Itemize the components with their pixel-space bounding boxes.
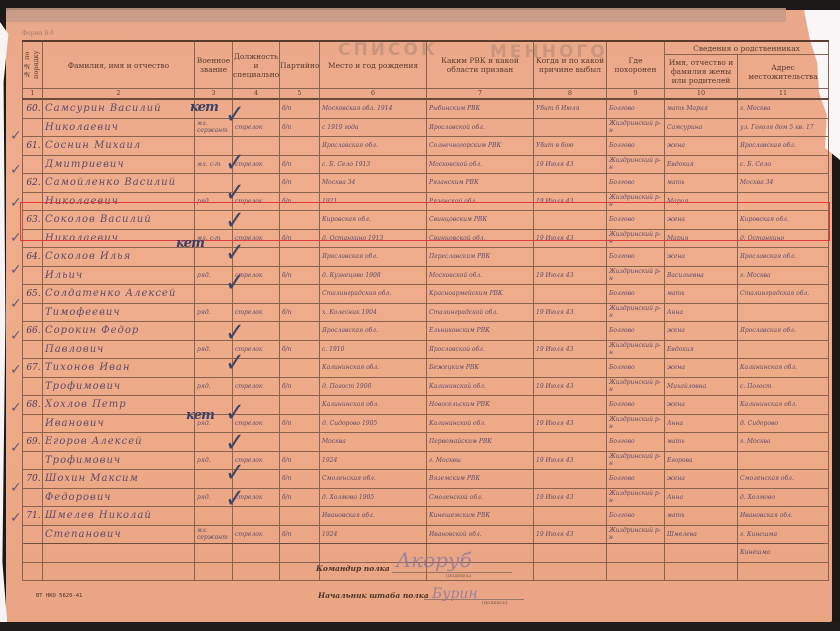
row-birth: с 1919 года bbox=[320, 118, 427, 137]
row-rvk: Красноармейским РВК bbox=[427, 285, 534, 304]
row-when: 19 Июля 43 bbox=[534, 488, 607, 507]
row-buried: Болгово bbox=[607, 137, 665, 156]
row-party: б/п bbox=[280, 303, 320, 322]
row-party: б/п bbox=[280, 451, 320, 470]
row-name: Шохин Максим bbox=[43, 470, 195, 489]
header-party: Партийность bbox=[280, 41, 320, 89]
row-relative: Анна bbox=[665, 414, 738, 433]
row-address: д. Холмово bbox=[738, 488, 829, 507]
row-buried: Жиздринский р-н bbox=[607, 303, 665, 322]
check-mark-icon: ✓ bbox=[225, 180, 245, 206]
row-rvk: Смоленской обл. bbox=[427, 488, 534, 507]
row-when bbox=[534, 562, 607, 581]
row-name: Сорокин Федор bbox=[43, 322, 195, 341]
row-rank: мл. сержант bbox=[195, 525, 233, 544]
row-number bbox=[23, 451, 43, 470]
row-relative: Михайловна bbox=[665, 377, 738, 396]
row-rvk: Ярославской обл. bbox=[427, 118, 534, 137]
row-number: 61. bbox=[23, 137, 43, 156]
row-relative: жена bbox=[665, 396, 738, 415]
margin-tick-icon: ✓ bbox=[10, 195, 22, 211]
row-name: Тимофеевич bbox=[43, 303, 195, 322]
row-when: 19 Июля 43 bbox=[534, 303, 607, 322]
row-party bbox=[280, 544, 320, 563]
table-row: Трофимовичряд.стрелокб/пд. Погост 1906Ка… bbox=[23, 377, 829, 396]
row-buried: Болгово bbox=[607, 248, 665, 267]
row-relative: жена bbox=[665, 359, 738, 378]
row-birth: Ивановская обл. bbox=[320, 507, 427, 526]
row-birth: д. Погост 1906 bbox=[320, 377, 427, 396]
row-buried: Жиздринский р-н bbox=[607, 451, 665, 470]
row-rvk: Новосельским РВК bbox=[427, 396, 534, 415]
row-relative: Самсурина bbox=[665, 118, 738, 137]
row-number bbox=[23, 544, 43, 563]
row-buried: Жиздринский р-н bbox=[607, 377, 665, 396]
margin-tick-icon: ✓ bbox=[10, 362, 22, 378]
row-buried: Болгово bbox=[607, 470, 665, 489]
row-number bbox=[23, 118, 43, 137]
ket-annotation: кет bbox=[190, 100, 218, 115]
check-mark-icon: ✓ bbox=[225, 320, 245, 346]
row-relative: мать Мария bbox=[665, 99, 738, 118]
row-when: 19 Июля 43 bbox=[534, 414, 607, 433]
row-birth: Московская обл. 1914 bbox=[320, 99, 427, 118]
row-party bbox=[280, 322, 320, 341]
row-party bbox=[280, 562, 320, 581]
row-name: Николаевич bbox=[43, 118, 195, 137]
row-buried: Болгово bbox=[607, 174, 665, 193]
row-when bbox=[534, 322, 607, 341]
check-mark-icon: ✓ bbox=[225, 350, 245, 376]
row-name: Федорович bbox=[43, 488, 195, 507]
row-relative: Евдокия bbox=[665, 340, 738, 359]
row-number bbox=[23, 155, 43, 174]
row-buried: Жиздринский р-н bbox=[607, 118, 665, 137]
row-rvk: Рязанским РВК bbox=[427, 174, 534, 193]
highlighted-record-row-63[interactable] bbox=[20, 202, 830, 241]
row-relative: жена bbox=[665, 470, 738, 489]
row-name: Тихонов Иван bbox=[43, 359, 195, 378]
margin-tick-icon: ✓ bbox=[10, 440, 22, 456]
row-birth: Ярославская обл. bbox=[320, 248, 427, 267]
check-mark-icon: ✓ bbox=[225, 240, 245, 266]
row-relative bbox=[665, 544, 738, 563]
row-birth: Калининская обл. bbox=[320, 396, 427, 415]
row-relative: Анна bbox=[665, 488, 738, 507]
row-when: 19 Июля 43 bbox=[534, 377, 607, 396]
table-bottom-rule bbox=[24, 543, 824, 544]
row-buried: Болгово bbox=[607, 285, 665, 304]
table-row: Тимофеевичряд.стрелокб/пх. Колесник 1904… bbox=[23, 303, 829, 322]
column-number-row: 1 2 3 4 5 6 7 8 9 10 11 bbox=[23, 89, 829, 100]
row-party bbox=[280, 396, 320, 415]
row-birth: д. Сидорово 1905 bbox=[320, 414, 427, 433]
row-name bbox=[43, 544, 195, 563]
row-party: б/п bbox=[280, 155, 320, 174]
row-birth: Ярославская обл. bbox=[320, 322, 427, 341]
row-name: Самойленко Василий bbox=[43, 174, 195, 193]
row-when: Убит в бою bbox=[534, 137, 607, 156]
row-buried: Болгово bbox=[607, 99, 665, 118]
margin-tick-icon: ✓ bbox=[10, 162, 22, 178]
row-rvk: Бежецким РВК bbox=[427, 359, 534, 378]
row-relative: мать bbox=[665, 285, 738, 304]
row-when bbox=[534, 248, 607, 267]
margin-tick-icon: ✓ bbox=[10, 328, 22, 344]
row-address: г. Москва bbox=[738, 99, 829, 118]
row-party bbox=[280, 359, 320, 378]
row-rvk: Калининской обл. bbox=[427, 377, 534, 396]
row-rvk: Калининской обл. bbox=[427, 414, 534, 433]
commander-caption: (подпись) bbox=[446, 573, 472, 579]
row-party: б/п bbox=[280, 266, 320, 285]
table-row: 66.Сорокин ФедорЯрославская обл.Ельников… bbox=[23, 322, 829, 341]
row-post bbox=[233, 544, 280, 563]
row-name: Солдатенко Алексей bbox=[43, 285, 195, 304]
row-name: Ильич bbox=[43, 266, 195, 285]
row-rvk: Вяземским РВК bbox=[427, 470, 534, 489]
row-birth: д. Холмово 1905 bbox=[320, 488, 427, 507]
row-relative: Васильевна bbox=[665, 266, 738, 285]
table-row: 60.Самсурин Василийб/пМосковская обл. 19… bbox=[23, 99, 829, 118]
row-when bbox=[534, 359, 607, 378]
header-birth: Место и год рождения bbox=[320, 41, 427, 89]
row-number bbox=[23, 488, 43, 507]
row-birth: д. Кузнецово 1908 bbox=[320, 266, 427, 285]
row-address: г. Москва bbox=[738, 433, 829, 452]
row-party: б/п bbox=[280, 377, 320, 396]
row-relative: Шмелева bbox=[665, 525, 738, 544]
row-address bbox=[738, 451, 829, 470]
row-name: Павлович bbox=[43, 340, 195, 359]
check-mark-icon: ✓ bbox=[225, 460, 245, 486]
row-number: 69. bbox=[23, 433, 43, 452]
table-row: Трофимовичряд.стрелокб/п1924г. Москвы19 … bbox=[23, 451, 829, 470]
check-mark-icon: ✓ bbox=[225, 430, 245, 456]
row-address: ул. Гоголя дом 5 кв. 17 bbox=[738, 118, 829, 137]
row-birth: Смоленская обл. bbox=[320, 470, 427, 489]
row-name: Иванович bbox=[43, 414, 195, 433]
header-rank: Военное звание bbox=[195, 41, 233, 89]
row-relative bbox=[665, 562, 738, 581]
row-address: Ярославская обл. bbox=[738, 137, 829, 156]
margin-tick-icon: ✓ bbox=[10, 400, 22, 416]
row-buried: Болгово bbox=[607, 396, 665, 415]
row-when bbox=[534, 507, 607, 526]
row-when bbox=[534, 544, 607, 563]
row-birth: Москва 34 bbox=[320, 174, 427, 193]
table-row: Степановичмл. сержантстрелокб/п1924Ивано… bbox=[23, 525, 829, 544]
row-relative: Евдокия bbox=[665, 155, 738, 174]
scan-edge-top bbox=[6, 8, 786, 22]
row-birth: с. 1910 bbox=[320, 340, 427, 359]
row-when: 19 Июля 43 bbox=[534, 340, 607, 359]
row-relative: жена bbox=[665, 137, 738, 156]
margin-tick-icon: ✓ bbox=[10, 296, 22, 312]
row-relative: Анна bbox=[665, 303, 738, 322]
row-name: Соснин Михаил bbox=[43, 137, 195, 156]
row-birth: Ярославская обл. bbox=[320, 137, 427, 156]
chief-caption: (подпись) bbox=[482, 600, 508, 606]
row-address: Смоленская обл. bbox=[738, 470, 829, 489]
row-when bbox=[534, 470, 607, 489]
table-row: 61.Соснин МихаилЯрославская обл.Солнечно… bbox=[23, 137, 829, 156]
commander-label: Командир полка bbox=[316, 564, 390, 573]
row-rvk: Ивановской обл. bbox=[427, 525, 534, 544]
row-party: б/п bbox=[280, 414, 320, 433]
row-address: Калининская обл. bbox=[738, 359, 829, 378]
row-rvk: Сталинградской обл. bbox=[427, 303, 534, 322]
row-when: 19 Июля 43 bbox=[534, 525, 607, 544]
form-code-bottom: ВТ НКО 5620-41 bbox=[36, 593, 82, 599]
header-relatives-group: Сведения о родственниках bbox=[665, 41, 829, 55]
row-buried: Жиздринский р-н bbox=[607, 414, 665, 433]
row-number bbox=[23, 414, 43, 433]
check-mark-icon: ✓ bbox=[225, 150, 245, 176]
row-birth: 1924 bbox=[320, 451, 427, 470]
header-address: Адрес местожительства bbox=[738, 55, 829, 89]
table-row: Ильичряд.стрелокб/пд. Кузнецово 1908Моск… bbox=[23, 266, 829, 285]
row-number: 64. bbox=[23, 248, 43, 267]
row-party bbox=[280, 433, 320, 452]
commander-signature: Акоруб bbox=[396, 548, 472, 572]
row-number: 66. bbox=[23, 322, 43, 341]
row-buried bbox=[607, 562, 665, 581]
row-birth: 1924 bbox=[320, 525, 427, 544]
table-row: 62.Самойленко Василийб/пМосква 34Рязанск… bbox=[23, 174, 829, 193]
check-mark-icon: ✓ bbox=[225, 486, 245, 512]
row-address: г. Кинешма bbox=[738, 525, 829, 544]
row-rvk: Солнечногорским РВК bbox=[427, 137, 534, 156]
row-rvk: Переславским РВК bbox=[427, 248, 534, 267]
row-name: Самсурин Василий bbox=[43, 99, 195, 118]
row-address: Кинешма bbox=[738, 544, 829, 563]
row-number: 70. bbox=[23, 470, 43, 489]
header-buried: Где похоронен bbox=[607, 41, 665, 89]
table-row: 69.Егоров АлексейМоскваПервомайским РВКБ… bbox=[23, 433, 829, 452]
row-number: 71. bbox=[23, 507, 43, 526]
table-row: Ивановичряд.стрелокб/пд. Сидорово 1905Ка… bbox=[23, 414, 829, 433]
row-buried: Жиздринский р-н bbox=[607, 525, 665, 544]
check-mark-icon: ✓ bbox=[225, 102, 245, 128]
margin-tick-icon: ✓ bbox=[10, 128, 22, 144]
row-buried: Болгово bbox=[607, 507, 665, 526]
row-rvk: Ярославской обл. bbox=[427, 340, 534, 359]
table-row: 70.Шохин Максимб/пСмоленская обл.Вяземск… bbox=[23, 470, 829, 489]
row-address: Сталинградская обл. bbox=[738, 285, 829, 304]
table-row: 71.Шмелев НиколайИвановская обл.Кинешемс… bbox=[23, 507, 829, 526]
row-address bbox=[738, 340, 829, 359]
margin-tick-icon: ✓ bbox=[10, 480, 22, 496]
chief-signature: Бурин bbox=[432, 586, 478, 602]
row-when bbox=[534, 174, 607, 193]
row-party bbox=[280, 285, 320, 304]
row-buried bbox=[607, 544, 665, 563]
row-name: Трофимович bbox=[43, 451, 195, 470]
check-mark-icon: ✓ bbox=[225, 208, 245, 234]
row-relative: мать bbox=[665, 507, 738, 526]
row-party: б/п bbox=[280, 488, 320, 507]
row-party bbox=[280, 507, 320, 526]
ket-annotation: кет bbox=[186, 408, 214, 423]
table-row: Дмитриевичмл. с-тстрелокб/пс. Б. Село 19… bbox=[23, 155, 829, 174]
row-name: Трофимович bbox=[43, 377, 195, 396]
row-number: 60. bbox=[23, 99, 43, 118]
row-number: 62. bbox=[23, 174, 43, 193]
row-relative: жена bbox=[665, 248, 738, 267]
table-row: Федоровичряд.стрелокб/пд. Холмово 1905См… bbox=[23, 488, 829, 507]
row-buried: Жиздринский р-н bbox=[607, 340, 665, 359]
row-birth: Калининская обл. bbox=[320, 359, 427, 378]
row-number: 67. bbox=[23, 359, 43, 378]
row-relative: мать bbox=[665, 433, 738, 452]
header-rvk: Каким РВК и какой области призван bbox=[427, 41, 534, 89]
header-num: №№ по порядку bbox=[23, 41, 43, 89]
row-rank: ряд. bbox=[195, 377, 233, 396]
row-rank bbox=[195, 544, 233, 563]
row-party: б/п bbox=[280, 174, 320, 193]
row-party bbox=[280, 137, 320, 156]
row-buried: Жиздринский р-н bbox=[607, 488, 665, 507]
row-relative: жена bbox=[665, 322, 738, 341]
header-post: Должность и специальность bbox=[233, 41, 280, 89]
header-when: Когда и по какой причине выбыл bbox=[534, 41, 607, 89]
row-when bbox=[534, 285, 607, 304]
row-birth: Сталинградская обл. bbox=[320, 285, 427, 304]
row-number bbox=[23, 303, 43, 322]
check-mark-icon: ✓ bbox=[225, 270, 245, 296]
row-buried: Болгово bbox=[607, 322, 665, 341]
row-when: 19 Июля 43 bbox=[534, 451, 607, 470]
row-birth: х. Колесник 1904 bbox=[320, 303, 427, 322]
row-relative: Егорова bbox=[665, 451, 738, 470]
row-rank bbox=[195, 562, 233, 581]
row-name: Степанович bbox=[43, 525, 195, 544]
row-party: б/п bbox=[280, 470, 320, 489]
row-rvk: Московской обл. bbox=[427, 266, 534, 285]
row-number bbox=[23, 340, 43, 359]
row-post bbox=[233, 562, 280, 581]
row-address: Ивановская обл. bbox=[738, 507, 829, 526]
header-relative: Имя, отчество и фамилия жены или родител… bbox=[665, 55, 738, 89]
row-name bbox=[43, 562, 195, 581]
row-number: 65. bbox=[23, 285, 43, 304]
table-row: Павловичряд.стрелокб/пс. 1910Ярославской… bbox=[23, 340, 829, 359]
row-birth: Москва bbox=[320, 433, 427, 452]
row-address: с. Б. Село bbox=[738, 155, 829, 174]
row-number bbox=[23, 377, 43, 396]
row-name: Егоров Алексей bbox=[43, 433, 195, 452]
row-address: Ярославская обл. bbox=[738, 322, 829, 341]
row-address: Калининская обл. bbox=[738, 396, 829, 415]
table-row: 68.Хохлов ПетрКалининская обл.Новосельск… bbox=[23, 396, 829, 415]
row-address: с. Погост bbox=[738, 377, 829, 396]
row-when: Убит 6 Июля bbox=[534, 99, 607, 118]
row-buried: Жиздринский р-н bbox=[607, 155, 665, 174]
row-address bbox=[738, 562, 829, 581]
row-address: г. Москва bbox=[738, 266, 829, 285]
row-rvk: Московской обл. bbox=[427, 155, 534, 174]
table-row: 67.Тихонов ИванКалининская обл.Бежецким … bbox=[23, 359, 829, 378]
row-rvk: Ельниковским РВК bbox=[427, 322, 534, 341]
row-buried: Болгово bbox=[607, 433, 665, 452]
table-row: 65.Солдатенко АлексейСталинградская обл.… bbox=[23, 285, 829, 304]
row-rvk: Кинешемским РВК bbox=[427, 507, 534, 526]
chief-of-staff-label: Начальник штаба полка bbox=[318, 591, 429, 600]
row-name: Шмелев Николай bbox=[43, 507, 195, 526]
row-rvk: Рыбинским РВК bbox=[427, 99, 534, 118]
row-rvk: Первомайским РВК bbox=[427, 433, 534, 452]
row-birth: с. Б. Село 1913 bbox=[320, 155, 427, 174]
row-post: стрелок bbox=[233, 377, 280, 396]
row-buried: Болгово bbox=[607, 359, 665, 378]
row-when bbox=[534, 396, 607, 415]
row-address bbox=[738, 303, 829, 322]
header-name: Фамилия, имя и отчество bbox=[43, 41, 195, 89]
table-row: Николаевичмл. сержантстрелокб/пс 1919 го… bbox=[23, 118, 829, 137]
ket-annotation: кет bbox=[176, 236, 204, 251]
row-rvk: г. Москвы bbox=[427, 451, 534, 470]
row-party: б/п bbox=[280, 525, 320, 544]
row-name: Соколов Илья bbox=[43, 248, 195, 267]
row-address: д. Сидорово bbox=[738, 414, 829, 433]
form-code-top: Форма 6-б bbox=[22, 30, 54, 37]
casualty-table: №№ по порядку Фамилия, имя и отчество Во… bbox=[22, 40, 829, 581]
row-when: 19 Июля 43 bbox=[534, 155, 607, 174]
row-number bbox=[23, 562, 43, 581]
row-number: 68. bbox=[23, 396, 43, 415]
row-address: Ярославская обл. bbox=[738, 248, 829, 267]
row-when bbox=[534, 433, 607, 452]
row-buried: Жиздринский р-н bbox=[607, 266, 665, 285]
row-party bbox=[280, 248, 320, 267]
row-party: б/п bbox=[280, 99, 320, 118]
row-party: б/п bbox=[280, 118, 320, 137]
margin-tick-icon: ✓ bbox=[10, 510, 22, 526]
row-party: б/п bbox=[280, 340, 320, 359]
row-post: стрелок bbox=[233, 525, 280, 544]
row-when bbox=[534, 118, 607, 137]
table-row: 64.Соколов ИльяЯрославская обл.Переславс… bbox=[23, 248, 829, 267]
row-address: Москва 34 bbox=[738, 174, 829, 193]
row-number bbox=[23, 266, 43, 285]
row-relative: мать bbox=[665, 174, 738, 193]
row-name: Хохлов Петр bbox=[43, 396, 195, 415]
row-number bbox=[23, 525, 43, 544]
scan-edge-bottom bbox=[0, 622, 840, 631]
row-name: Дмитриевич bbox=[43, 155, 195, 174]
margin-tick-icon: ✓ bbox=[10, 230, 22, 246]
row-when: 19 Июля 43 bbox=[534, 266, 607, 285]
check-mark-icon: ✓ bbox=[225, 400, 245, 426]
margin-tick-icon: ✓ bbox=[10, 262, 22, 278]
